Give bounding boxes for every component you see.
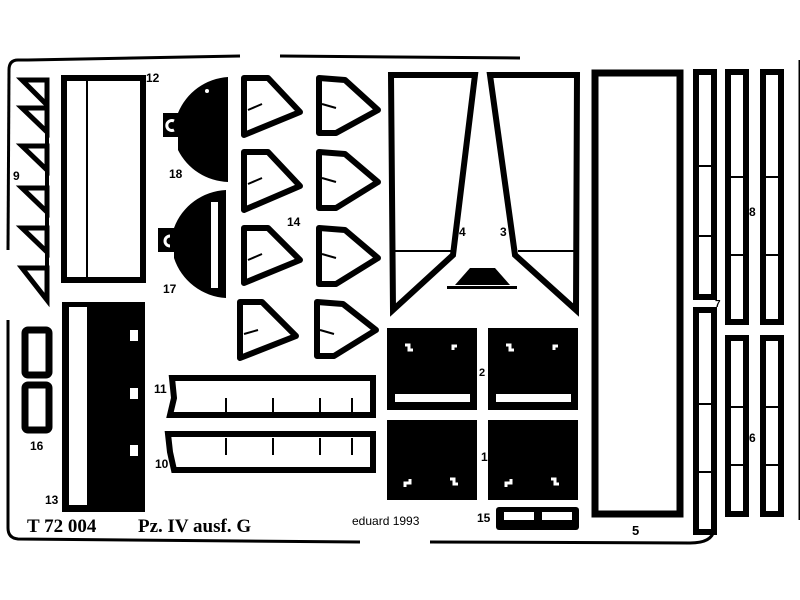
label-15: 15 <box>477 511 491 525</box>
part-13-panel <box>62 302 145 512</box>
label-14: 14 <box>287 215 301 229</box>
label-18: 18 <box>169 167 183 181</box>
part-3-panel <box>490 75 577 310</box>
part-8-strips <box>728 72 781 322</box>
label-3: 3 <box>500 225 507 239</box>
label-4: 4 <box>459 225 466 239</box>
part-9-teeth <box>22 80 47 300</box>
part-11-strip <box>170 378 373 415</box>
label-9: 9 <box>13 169 20 183</box>
photo-etch-fret: 12 9 18 17 14 4 3 16 11 10 13 2 1 5 7 8 … <box>0 0 800 600</box>
label-5: 5 <box>632 523 639 538</box>
part-5-panel <box>595 73 680 514</box>
manufacturer-mark: eduard 1993 <box>352 514 420 528</box>
label-10: 10 <box>155 457 169 471</box>
label-8: 8 <box>749 205 756 219</box>
label-11: 11 <box>154 382 167 396</box>
label-1: 1 <box>481 450 488 464</box>
part-4-panel <box>391 75 475 310</box>
part-10-strip <box>168 434 373 470</box>
kit-name: Pz. IV ausf. G <box>138 516 251 537</box>
part-14-brackets <box>240 78 378 358</box>
label-13: 13 <box>45 493 59 507</box>
label-7: 7 <box>715 299 721 310</box>
label-17: 17 <box>163 282 177 296</box>
label-6: 6 <box>749 431 756 445</box>
part-15-frames <box>496 507 579 530</box>
catalog-number: T 72 004 <box>27 516 97 537</box>
part-12-panel <box>64 78 143 280</box>
eduard-logo <box>447 268 517 289</box>
part-6-strips <box>728 338 781 514</box>
label-12: 12 <box>146 71 160 85</box>
label-2: 2 <box>479 367 485 379</box>
part-16-frame <box>25 330 49 430</box>
label-16: 16 <box>30 439 44 453</box>
part-7-strip <box>696 72 714 532</box>
